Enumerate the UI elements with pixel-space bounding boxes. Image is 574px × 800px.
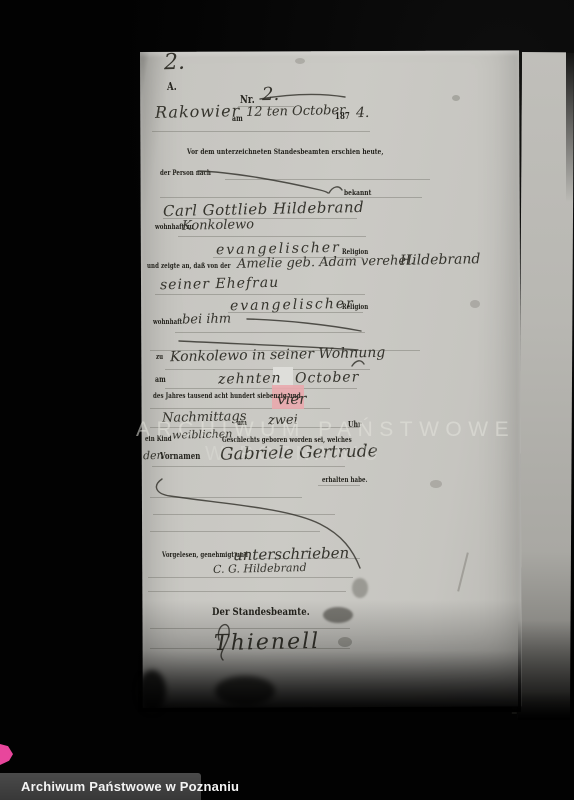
person-nach-label: der Person nach — [160, 168, 211, 177]
rule-line — [318, 485, 360, 486]
paper-speck — [470, 300, 480, 308]
religion-label-2: Religion — [342, 302, 368, 311]
wohnhaft-label: wohnhaft — [153, 317, 182, 326]
paper-speck — [430, 480, 442, 488]
pink-bookmark-tab — [0, 744, 13, 765]
rule-line — [153, 514, 335, 515]
child-name-handwritten: Gabriele Gertrude — [220, 441, 378, 464]
residence-handwritten: Konkolewo — [182, 217, 254, 234]
mother-surname-handwritten: Hildebrand — [400, 251, 481, 269]
am-label: am — [232, 113, 243, 123]
am2-label: am — [155, 374, 166, 384]
archive-caption-bar: Archiwum Państwowe w Poznaniu — [0, 773, 201, 800]
report-date-handwritten: 12 ten October — [246, 103, 346, 120]
rule-line — [178, 236, 366, 237]
rule-line — [165, 388, 357, 389]
erhalten-label: erhalten habe. — [322, 475, 368, 484]
rule-line — [152, 131, 370, 132]
declarant-signature: C. G. Hildebrand — [213, 561, 307, 576]
section-letter: A. — [167, 80, 177, 93]
zeigte-an-label: und zeigte an, daß von der — [147, 261, 231, 270]
religion2-handwritten: evangelischer — [230, 296, 355, 315]
rule-line — [152, 466, 345, 467]
rule-line — [155, 294, 365, 295]
uhr-label: Uhr — [348, 419, 362, 429]
rule-line — [148, 591, 346, 592]
bei-ihm-handwritten: bei ihm — [182, 311, 231, 327]
paper-speck — [452, 95, 460, 101]
year-digit-handwritten: 4. — [356, 105, 370, 121]
time-of-day-handwritten: Nachmittags — [162, 409, 247, 426]
rule-line — [175, 332, 365, 333]
rule-line — [160, 197, 422, 198]
paper-stain — [352, 578, 368, 598]
page-number-handwritten: 2. — [164, 50, 186, 75]
hour-handwritten: zwei — [268, 413, 298, 429]
rule-line — [225, 179, 430, 180]
rule-line — [150, 497, 302, 498]
record-number-value: 2. — [262, 84, 280, 105]
page-bottom-shadow — [138, 600, 521, 712]
year-printed: 187 — [335, 112, 350, 122]
archive-caption: Archiwum Państwowe w Poznaniu — [0, 773, 201, 800]
photo-viewer: 2. A. Nr. 2. Rakowier am 12 ten October … — [0, 0, 574, 800]
um-label: um — [237, 418, 247, 427]
strip-bottom-shadow — [518, 620, 574, 720]
zu-label: zu — [156, 352, 163, 361]
place-handwritten: Rakowier — [155, 101, 241, 122]
rule-line — [150, 531, 320, 532]
vornamen-label: Vornamen — [160, 452, 200, 462]
ehefrau-handwritten: seiner Ehefrau — [160, 275, 279, 293]
birth-day-handwritten: zehnten — [218, 370, 282, 387]
birth-month-handwritten: October — [295, 369, 360, 386]
bekannt-label: bekannt — [344, 188, 371, 197]
adjacent-page-shadow — [566, 52, 574, 202]
paper-speck — [295, 58, 305, 64]
child-prefix-label: ein Kind — [145, 434, 172, 443]
rule-line — [148, 577, 353, 578]
intro-line: Vor dem unterzeichneten Standesbeamten e… — [187, 147, 383, 156]
year-word-handwritten: vier — [277, 390, 307, 409]
